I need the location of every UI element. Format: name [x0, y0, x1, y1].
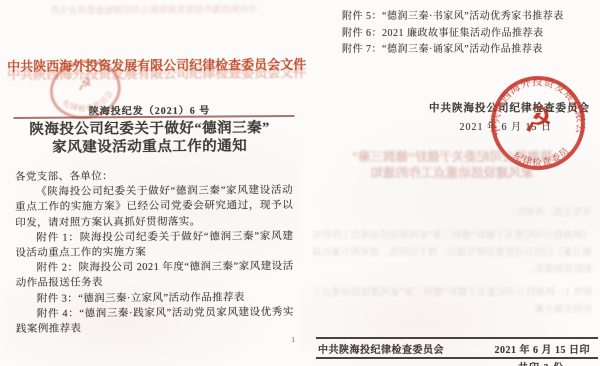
party-emblem-icon: ☭ [75, 73, 94, 95]
document-page-1: 中共陕西海外投资发展有限公司纪律检查委员会文件 中共陕西海外投资发展有限公司纪律… [0, 0, 301, 366]
bleed-through-body: 各党支部、各单位： 《陕海投公司纪委关于做好“德润三秦”家风建设活动重点工作的实… [312, 205, 592, 325]
party-emblem-icon: ☭ [520, 99, 554, 142]
footer-divider-top [316, 337, 598, 339]
bleed-through-title: 陕海投公司纪委关于做好“德润三秦” 家风建设活动重点工作的通知 [302, 149, 600, 181]
attachment-item: 附件 5：“德润三秦·书家风”活动优秀家书推荐表 [342, 9, 594, 26]
page-number: 1 [291, 335, 295, 344]
scanned-document: 中共陕西海外投资发展有限公司纪律检查委员会文件 中共陕西海外投资发展有限公司纪律… [0, 0, 600, 366]
attachment-item: 附件 6：2021 廉政故事征集活动作品推荐表 [342, 26, 594, 43]
attachment-item: 附件 4：“德润三秦·践家风”活动党员家风建设优秀实践案例推荐表 [16, 305, 294, 337]
footer-print-date: 2021 年 6 月 15 日印 [495, 341, 591, 356]
attachment-item: 附件 2：陕海投公司 2021 年度“德润三秦”家风建设活动作品报送任务表 [16, 259, 294, 291]
attachment-list: 附件 5：“德润三秦·书家风”活动优秀家书推荐表 附件 6：2021 廉政故事征… [342, 9, 594, 59]
body-paragraph: 《陕海投公司纪委关于做好“德润三秦”家风建设活动重点工作的实施方案》已经公司党委… [15, 183, 293, 231]
document-body: 各党支部、各单位： 《陕海投公司纪委关于做好“德润三秦”家风建设活动重点工作的实… [15, 168, 294, 337]
attachment-item: 附件 7：“德润三秦·诵家风”活动作品推荐表 [342, 42, 594, 59]
title-line-2: 家风建设活动重点工作的通知 [0, 137, 300, 157]
title-line-1: 陕海投公司纪委关于做好“德润三秦” [0, 120, 300, 140]
document-page-2: 附件 5：“德润三秦·书家风”活动优秀家书推荐表 附件 6：2021 廉政故事征… [302, 0, 600, 366]
bleed-through-smudge: 中共陕西海外投资发展有限公司纪律检查委员会文件 [29, 3, 279, 17]
document-title: 陕海投公司纪委关于做好“德润三秦” 家风建设活动重点工作的通知 [0, 120, 300, 157]
footer-copies: 共印 3 份 [302, 359, 564, 366]
attachment-item: 附件 1：陕海投公司纪委关于做好“德润三秦”家风建设活动重点工作的实施方案 [15, 229, 293, 261]
footer-issuer: 中共陕海投纪律检查委员会 [318, 341, 444, 356]
